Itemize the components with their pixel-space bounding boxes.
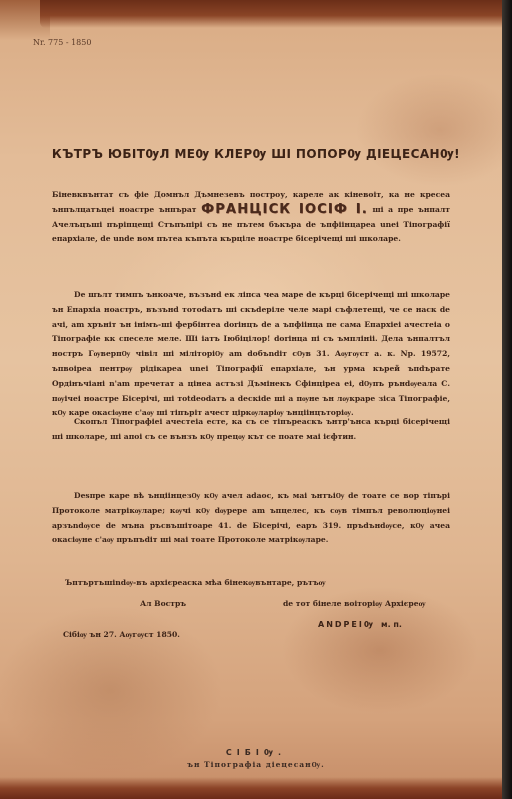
document-title: КЪТРЪ ЮБІТѸЛ МЕѸ КЛЕРѸ ШІ ПОПОРѸ ДІЕЦЕСА… — [0, 147, 512, 161]
top-stain — [40, 0, 510, 28]
signatory-name-text: АNDРЕІѸ — [318, 620, 375, 629]
document-page: Nr. 775 - 1850 КЪТРЪ ЮБІТѸЛ МЕѸ КЛЕРѸ ШІ… — [0, 0, 502, 799]
emperor-name: ФРАНЦІСК ІОСІФ І. — [201, 202, 368, 217]
paragraph-3: Скопъл Тіпографіеі ачестеіа есте, ка съ … — [52, 415, 450, 445]
signatory-name: АNDРЕІѸм. п. — [318, 620, 402, 629]
bottom-stain — [0, 777, 512, 799]
imprint-city: СІБІѸ. — [0, 748, 512, 757]
signatory-suffix: м. п. — [381, 620, 402, 629]
paragraph-2: De шълт тимпъ ънкоаче, възънd ек ліпса ч… — [52, 288, 450, 421]
document-date: Сібіѹ ън 27. Аѹгѹст 1850. — [63, 630, 180, 639]
paragraph-1: Біневквънтат съ фіе Домнъл Дъмнезевъ пос… — [52, 188, 450, 247]
page-edge-shadow — [502, 0, 512, 799]
paragraph-1-text: ноастре ънпърат — [119, 205, 196, 214]
imprint-press: ън Тіпографіа діецесанѸ. — [0, 760, 512, 769]
reference-number: Nr. 775 - 1850 — [33, 38, 91, 47]
signature-closing: Ал Востръ — [140, 599, 186, 608]
signature-intro: Ъптъртъшіndѹ-въ архієреаска мѣа бінекѹвъ… — [65, 578, 326, 587]
signature-title: de тот бінеле воіторіѹ Архієреѹ — [283, 599, 426, 608]
paragraph-4: Desпре каре вѣ ънціінцезѸ кѸ ачел adаос,… — [52, 489, 450, 548]
